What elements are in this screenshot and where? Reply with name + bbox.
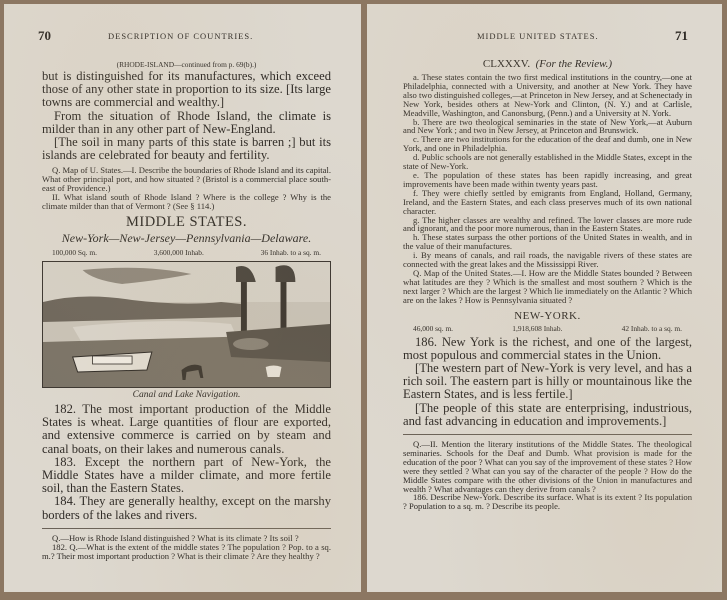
page-number: 70 [38, 28, 51, 44]
divider [42, 528, 331, 529]
question: Q. Map of U. States.—I. Describe the bou… [42, 166, 331, 193]
ny-stat-population: 1,918,608 Inhab. [512, 324, 562, 333]
map-question: Q. Map of the United States.—I. How are … [403, 269, 692, 305]
left-body: (RHODE-ISLAND—continued from p. 69(b).) … [42, 58, 331, 561]
review-item: g. The higher classes are wealthy and re… [403, 216, 692, 234]
engraving-canal-illustration [42, 261, 331, 388]
review-item: a. These states contain the two first me… [403, 73, 692, 118]
ny-stats-row: 46,000 sq. m. 1,918,608 Inhab. 42 Inhab.… [403, 324, 692, 333]
left-page: 70 DESCRIPTION OF COUNTRIES. (RHODE-ISLA… [4, 4, 361, 592]
stat-area: 100,000 Sq. m. [52, 248, 97, 257]
numbered-paragraph: 182. The most important production of th… [42, 403, 331, 456]
review-item: b. There are two theological seminaries … [403, 118, 692, 136]
ny-paragraph: [The western part of New-York is very le… [403, 362, 692, 402]
review-item: h. These states surpass the other portio… [403, 233, 692, 251]
numbered-paragraph: 184. They are generally healthy, except … [42, 495, 331, 521]
review-item: i. By means of canals, and rail roads, t… [403, 251, 692, 269]
section-note: (For the Review.) [536, 58, 612, 70]
paragraph: From the situation of Rhode Island, the … [42, 110, 331, 136]
states-list: New-York—New-Jersey—Pennsylvania—Delawar… [42, 231, 331, 246]
continued-note: (RHODE-ISLAND—continued from p. 69(b).) [42, 60, 331, 69]
page-number: 71 [675, 28, 688, 44]
running-title: DESCRIPTION OF COUNTRIES. [108, 31, 253, 41]
stats-row: 100,000 Sq. m. 3,600,000 Inhab. 36 Inhab… [42, 248, 331, 257]
right-body: CLXXXV. (For the Review.) a. These state… [403, 58, 692, 511]
ny-paragraph: 186. New York is the richest, and one of… [403, 336, 692, 362]
section-header: CLXXXV. (For the Review.) [403, 58, 692, 70]
section-number: CLXXXV. [483, 58, 530, 70]
section-heading: MIDDLE STATES. [42, 214, 331, 231]
review-item: c. There are two institutions for the ed… [403, 135, 692, 153]
stat-density: 36 Inhab. to a sq. m. [261, 248, 321, 257]
question: II. What island south of Rhode Island ? … [42, 193, 331, 211]
engraving-icon [43, 262, 330, 387]
new-york-heading: NEW-YORK. [403, 310, 692, 322]
footnote-question: 186. Describe New-York. Describe its sur… [403, 493, 692, 511]
footnote-question: 182. Q.—What is the extent of the middle… [42, 543, 331, 561]
ny-paragraph: [The people of this state are enterprisi… [403, 402, 692, 428]
review-item: f. They were chiefly settled by emigrant… [403, 189, 692, 216]
paragraph: [The soil in many parts of this state is… [42, 136, 331, 162]
review-item: d. Public schools are not generally esta… [403, 153, 692, 171]
running-title: MIDDLE UNITED STATES. [477, 31, 599, 41]
stat-population: 3,600,000 Inhab. [154, 248, 204, 257]
right-page: MIDDLE UNITED STATES. 71 CLXXXV. (For th… [367, 4, 722, 592]
numbered-paragraph: 183. Except the northern part of New-Yor… [42, 456, 331, 496]
paragraph: but is distinguished for its manufacture… [42, 70, 331, 110]
review-item: e. The population of these states has be… [403, 171, 692, 189]
ny-stat-density: 42 Inhab. to a sq. m. [622, 324, 682, 333]
footnote-question: Q.—II. Mention the literary institutions… [403, 440, 692, 493]
divider [403, 434, 692, 435]
ny-stat-area: 46,000 sq. m. [413, 324, 453, 333]
figure-caption: Canal and Lake Navigation. [42, 390, 331, 400]
